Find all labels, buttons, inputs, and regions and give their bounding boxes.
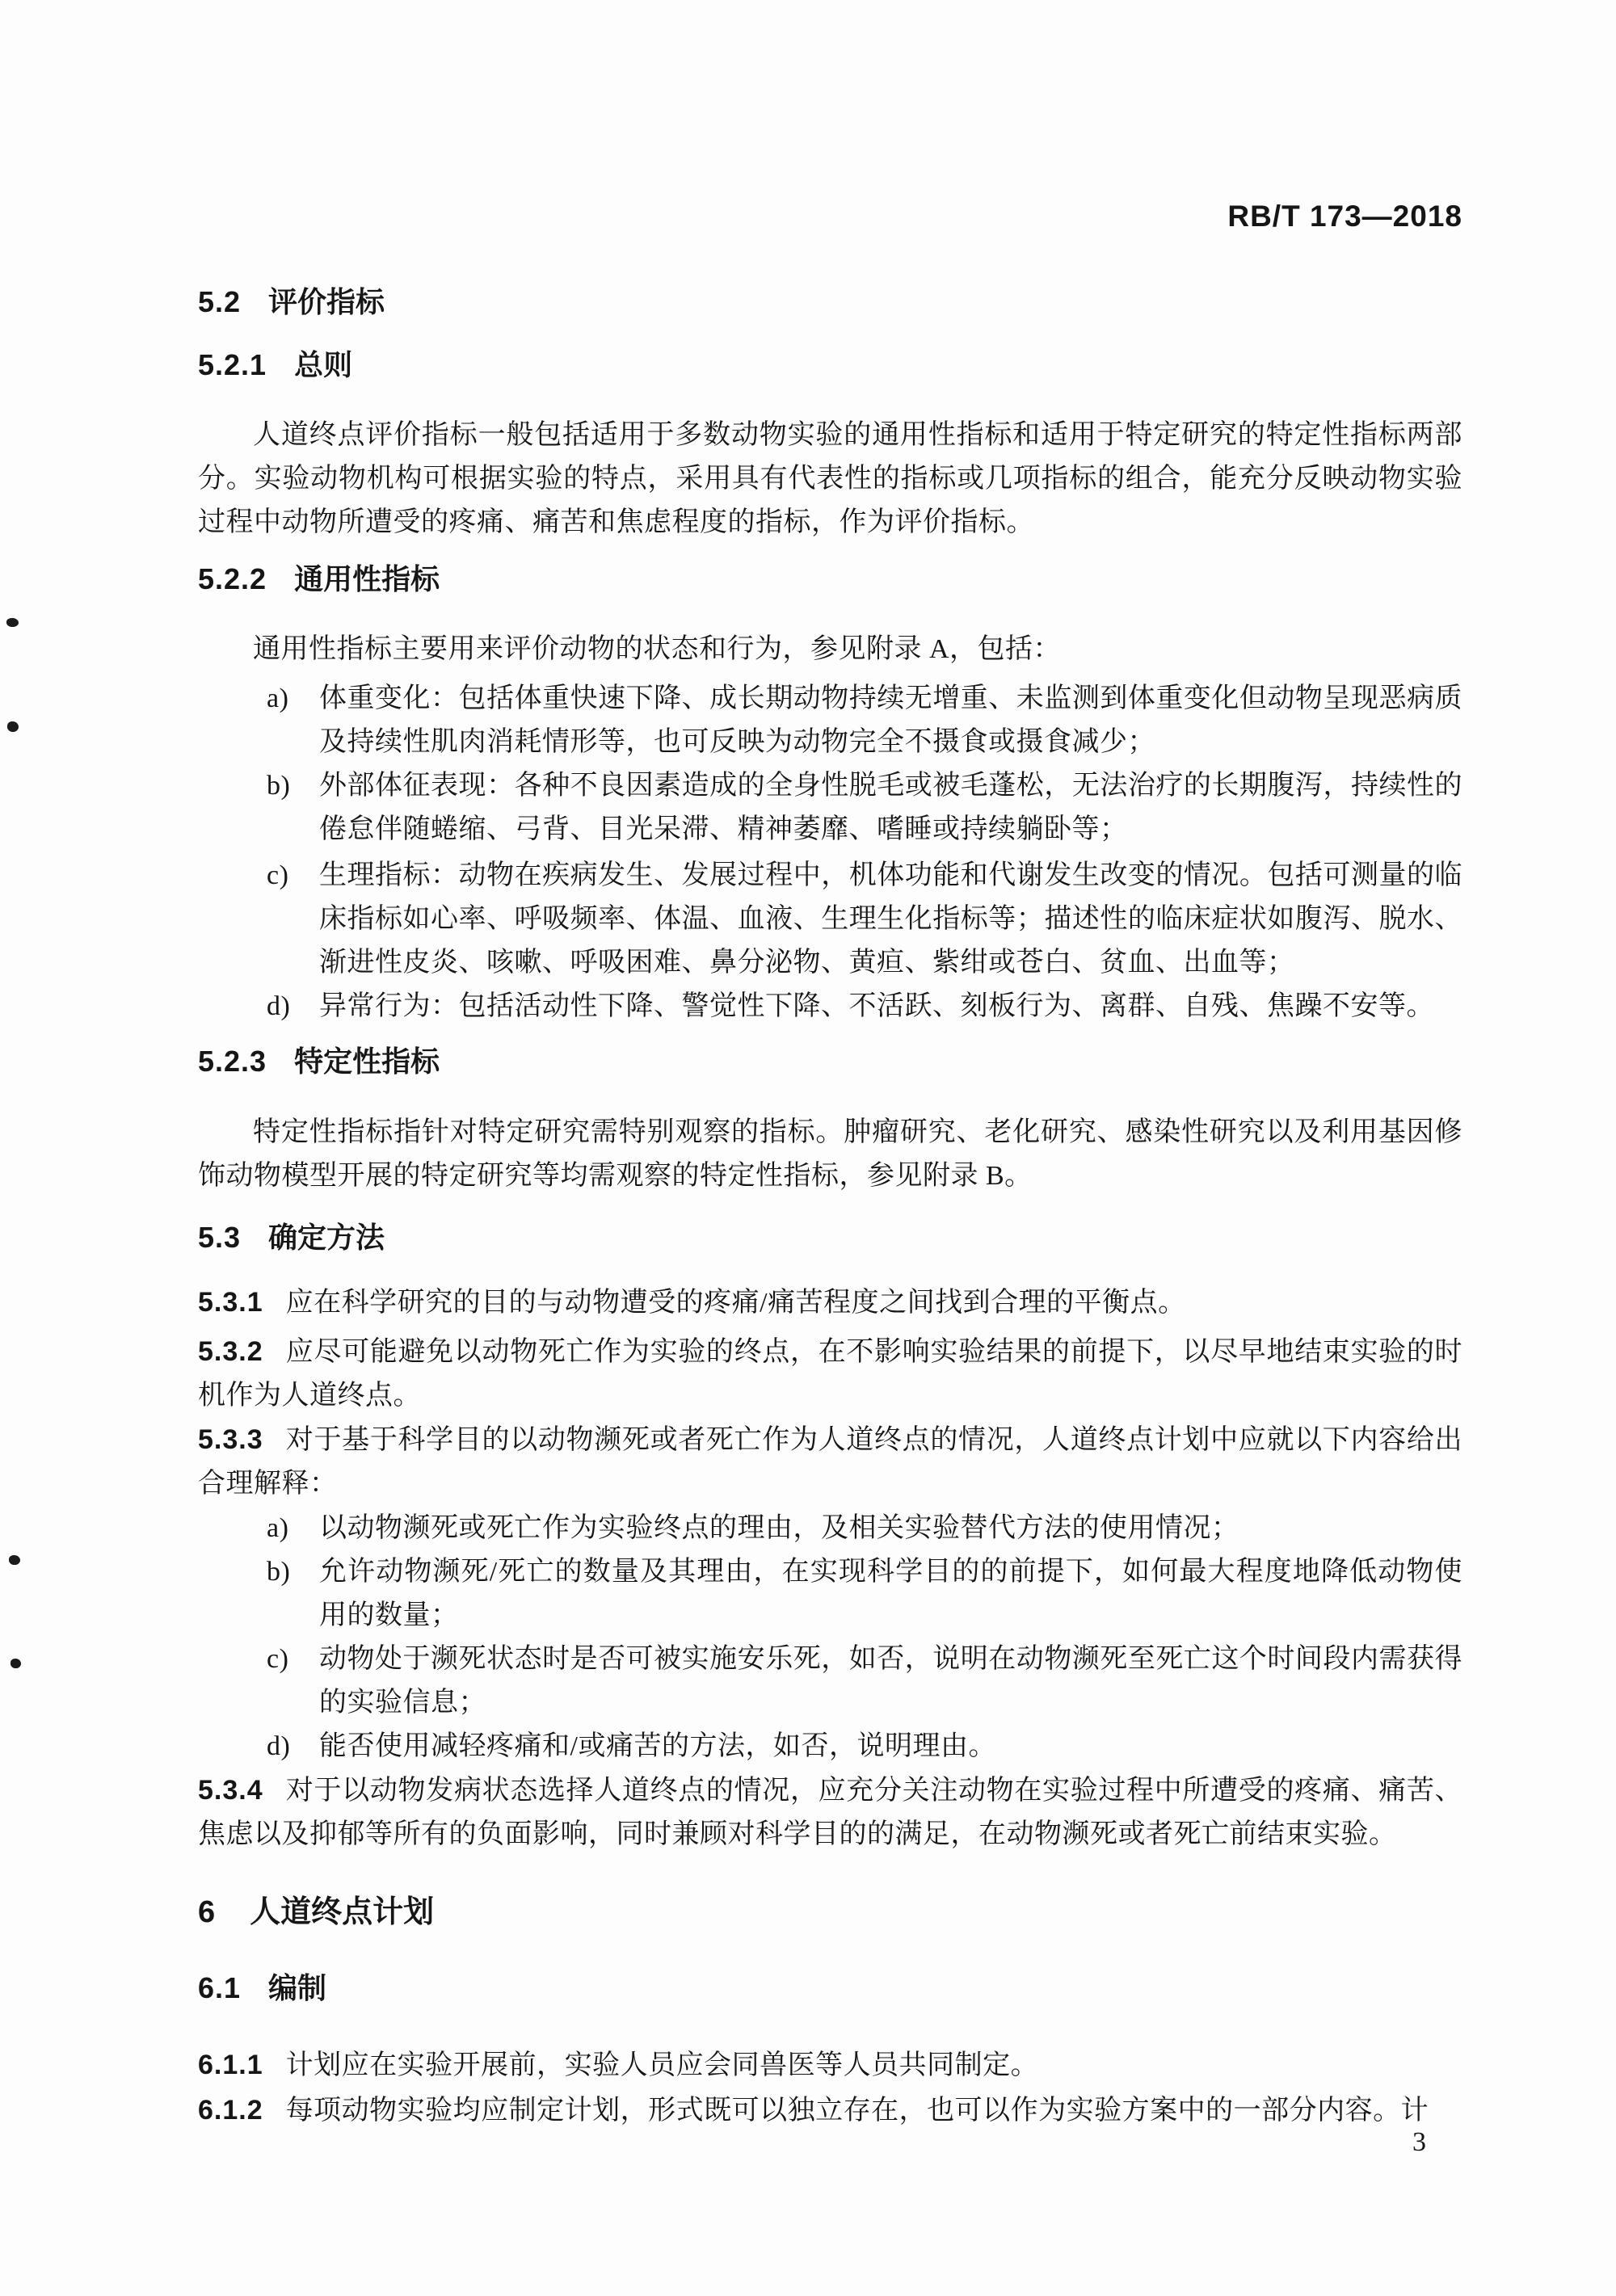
section-number: 5.2 (198, 285, 241, 318)
list-item-d: d)异常行为：包括活动性下降、警觉性下降、不活跃、刻板行为、离群、自残、焦躁不安… (198, 985, 1462, 1028)
list-item-label: a) (267, 1507, 288, 1550)
clause-text: 计划应在实验开展前，实验人员应会同兽医等人员共同制定。 (286, 2050, 1039, 2080)
section-heading-5-2: 5.2评价指标 (198, 284, 1462, 320)
section-heading-5-2-2: 5.2.2通用性指标 (198, 561, 1462, 597)
section-number: 6.1 (198, 1971, 241, 2004)
clause-number: 5.3.2 (198, 1336, 263, 1367)
scan-speck (7, 721, 19, 732)
section-heading-5-2-1: 5.2.1总则 (198, 347, 1462, 383)
clause-number: 6.1.2 (198, 2095, 263, 2126)
section-title: 评价指标 (268, 285, 385, 318)
clause-number: 5.3.3 (198, 1424, 263, 1455)
section-title: 总则 (294, 348, 352, 381)
clause-5-3-2: 5.3.2应尽可能避免以动物死亡作为实验的终点，在不影响实验结果的前提下，以尽早… (198, 1330, 1462, 1418)
list-item-c: c)动物处于濒死状态时是否可被实施安乐死，如否，说明在动物濒死至死亡这个时间段内… (198, 1638, 1462, 1725)
clause-5-3-1: 5.3.1应在科学研究的目的与动物遭受的疼痛/痛苦程度之间找到合理的平衡点。 (198, 1280, 1462, 1325)
list-item-label: d) (267, 985, 290, 1028)
list-item-label: b) (267, 764, 290, 808)
list-item-label: c) (267, 854, 288, 898)
list-item-text: 能否使用减轻疼痛和/或痛苦的方法，如否，说明理由。 (319, 1731, 996, 1761)
clause-number: 5.3.1 (198, 1287, 263, 1318)
list-item-b: b)外部体征表现：各种不良因素造成的全身性脱毛或被毛蓬松，无法治疗的长期腹泻，持… (198, 764, 1462, 852)
paragraph-5-2-3: 特定性指标指针对特定研究需特别观察的指标。肿瘤研究、老化研究、感染性研究以及利用… (198, 1111, 1462, 1198)
clause-number: 5.3.4 (198, 1775, 263, 1806)
clause-text: 对于基于科学目的以动物濒死或者死亡作为人道终点的情况，人道终点计划中应就以下内容… (198, 1425, 1462, 1499)
list-item-label: c) (267, 1638, 288, 1681)
chapter-number: 6 (198, 1895, 216, 1929)
standard-code-header: RB/T 173—2018 (198, 199, 1462, 234)
document-page: RB/T 173—2018 5.2评价指标 5.2.1总则 人道终点评价指标一般… (0, 0, 1616, 2296)
list-item-d: d)能否使用减轻疼痛和/或痛苦的方法，如否，说明理由。 (198, 1725, 1462, 1768)
section-heading-5-2-3: 5.2.3特定性指标 (198, 1044, 1462, 1079)
section-title: 通用性指标 (294, 562, 440, 595)
list-item-text: 生理指标：动物在疾病发生、发展过程中，机体功能和代谢发生改变的情况。包括可测量的… (319, 860, 1462, 978)
clause-text: 应尽可能避免以动物死亡作为实验的终点，在不影响实验结果的前提下，以尽早地结束实验… (198, 1337, 1462, 1411)
list-item-text: 外部体征表现：各种不良因素造成的全身性脱毛或被毛蓬松，无法治疗的长期腹泻，持续性… (319, 771, 1462, 844)
scan-speck (6, 618, 19, 627)
list-item-text: 动物处于濒死状态时是否可被实施安乐死，如否，说明在动物濒死至死亡这个时间段内需获… (319, 1644, 1462, 1718)
clause-text: 每项动物实验均应制定计划，形式既可以独立存在，也可以作为实验方案中的一部分内容。… (286, 2096, 1429, 2126)
scan-speck (11, 1659, 21, 1668)
clause-5-3-4: 5.3.4对于以动物发病状态选择人道终点的情况，应充分关注动物在实验过程中所遭受… (198, 1768, 1462, 1857)
list-item-label: d) (267, 1725, 290, 1768)
section-title: 特定性指标 (294, 1045, 440, 1078)
page-content: RB/T 173—2018 5.2评价指标 5.2.1总则 人道终点评价指标一般… (198, 0, 1462, 2133)
list-item-a: a)以动物濒死或死亡作为实验终点的理由，及相关实验替代方法的使用情况； (198, 1507, 1462, 1550)
section-heading-6-1: 6.1编制 (198, 1970, 1462, 2006)
section-title: 编制 (268, 1971, 326, 2004)
section-title: 确定方法 (268, 1221, 385, 1254)
clause-5-3-3: 5.3.3对于基于科学目的以动物濒死或者死亡作为人道终点的情况，人道终点计划中应… (198, 1418, 1462, 1506)
section-number: 5.3 (198, 1221, 241, 1254)
paragraph-5-2-2-intro: 通用性指标主要用来评价动物的状态和行为，参见附录 A，包括： (198, 628, 1462, 671)
section-number: 5.2.2 (198, 562, 267, 595)
list-item-c: c)生理指标：动物在疾病发生、发展过程中，机体功能和代谢发生改变的情况。包括可测… (198, 854, 1462, 985)
section-number: 5.2.3 (198, 1045, 267, 1078)
list-item-text: 体重变化：包括体重快速下降、成长期动物持续无增重、未监测到体重变化但动物呈现恶病… (319, 683, 1462, 757)
scan-speck (9, 1555, 20, 1565)
list-item-label: a) (267, 677, 288, 721)
paragraph-5-2-1: 人道终点评价指标一般包括适用于多数动物实验的通用性指标和适用于特定研究的特定性指… (198, 414, 1462, 545)
chapter-title: 人道终点计划 (250, 1895, 434, 1929)
list-item-text: 以动物濒死或死亡作为实验终点的理由，及相关实验替代方法的使用情况； (319, 1513, 1239, 1543)
clause-text: 应在科学研究的目的与动物遭受的疼痛/痛苦程度之间找到合理的平衡点。 (286, 1288, 1186, 1318)
clause-6-1-2: 6.1.2每项动物实验均应制定计划，形式既可以独立存在，也可以作为实验方案中的一… (198, 2088, 1462, 2133)
clause-6-1-1: 6.1.1计划应在实验开展前，实验人员应会同兽医等人员共同制定。 (198, 2043, 1462, 2088)
section-number: 5.2.1 (198, 348, 267, 381)
list-item-b: b)允许动物濒死/死亡的数量及其理由，在实现科学目的的前提下，如何最大程度地降低… (198, 1550, 1462, 1638)
list-item-label: b) (267, 1550, 290, 1594)
list-item-a: a)体重变化：包括体重快速下降、成长期动物持续无增重、未监测到体重变化但动物呈现… (198, 677, 1462, 764)
section-heading-5-3: 5.3确定方法 (198, 1220, 1462, 1255)
clause-number: 6.1.1 (198, 2050, 263, 2080)
list-item-text: 异常行为：包括活动性下降、警觉性下降、不活跃、刻板行为、离群、自残、焦躁不安等。 (319, 991, 1434, 1021)
chapter-heading-6: 6人道终点计划 (198, 1894, 1462, 1931)
list-item-text: 允许动物濒死/死亡的数量及其理由，在实现科学目的的前提下，如何最大程度地降低动物… (319, 1557, 1462, 1630)
clause-text: 对于以动物发病状态选择人道终点的情况，应充分关注动物在实验过程中所遭受的疼痛、痛… (198, 1776, 1462, 1849)
page-number: 3 (1412, 2126, 1426, 2159)
